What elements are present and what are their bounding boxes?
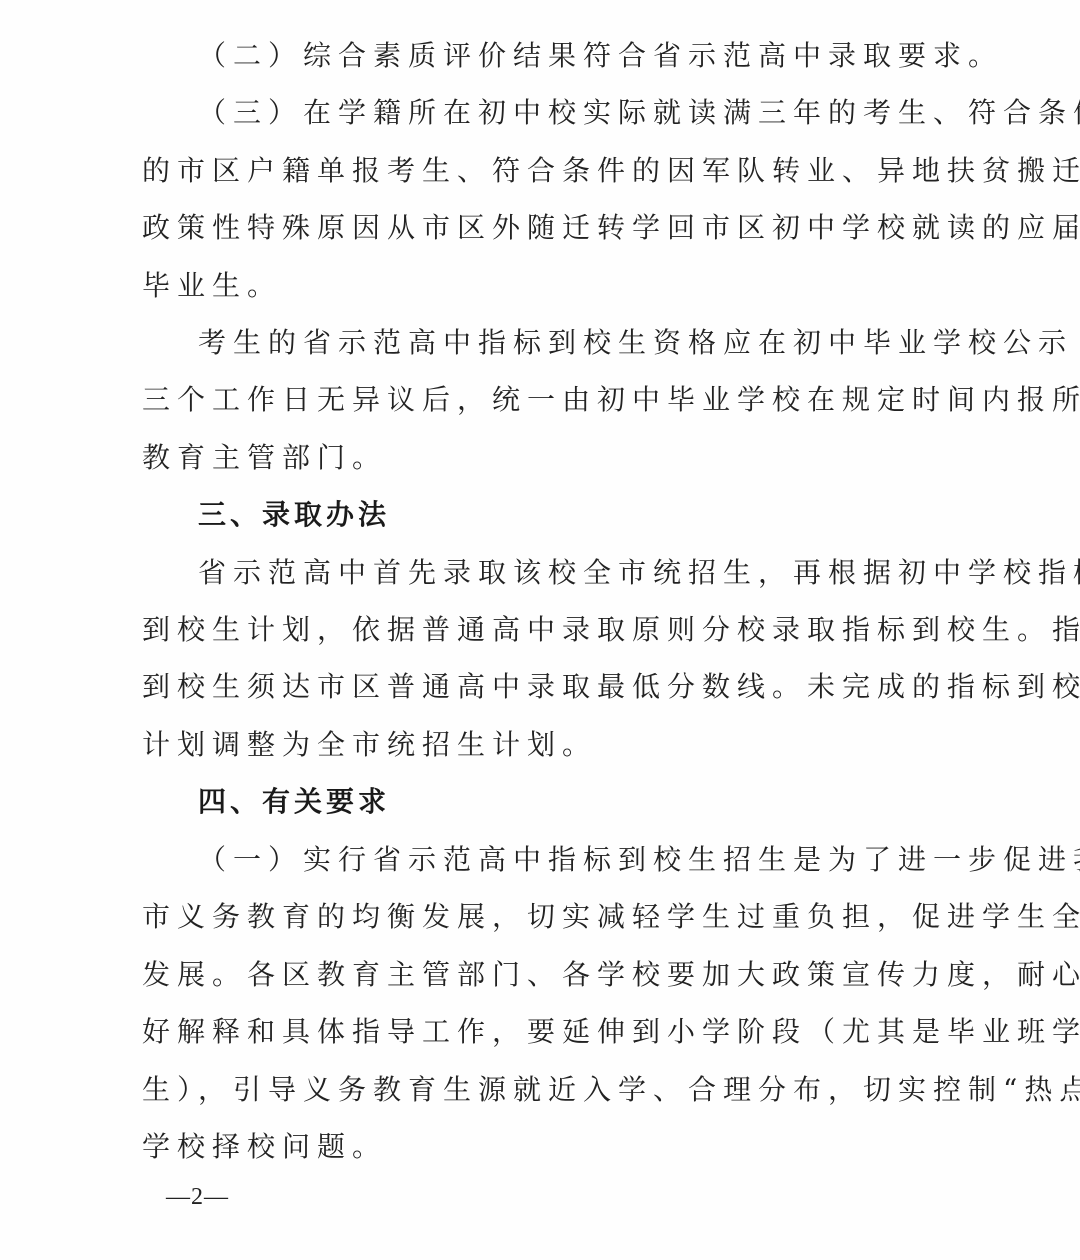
- page-number: —2—: [166, 1184, 229, 1211]
- text-line: 的市区户籍单报考生、符合条件的因军队转业、异地扶贫搬迁等: [142, 151, 942, 191]
- text-line: 考生的省示范高中指标到校生资格应在初中毕业学校公示: [198, 323, 998, 363]
- text-line: 计划调整为全市统招生计划。: [142, 725, 942, 765]
- text-line: （三）在学籍所在初中校实际就读满三年的考生、符合条件: [198, 93, 998, 133]
- text-line: 政策性特殊原因从市区外随迁转学回市区初中学校就读的应届: [142, 208, 942, 248]
- text-line: 省示范高中首先录取该校全市统招生，再根据初中学校指标: [198, 553, 998, 593]
- text-line: 发展。各区教育主管部门、各学校要加大政策宣传力度，耐心做: [142, 955, 942, 995]
- text-line: （一）实行省示范高中指标到校生招生是为了进一步促进我: [198, 840, 998, 880]
- text-line: 生），引导义务教育生源就近入学、合理分布，切实控制“热点”: [142, 1070, 942, 1110]
- text-line: 好解释和具体指导工作，要延伸到小学阶段（尤其是毕业班学: [142, 1012, 942, 1052]
- section-heading: 四、有关要求: [198, 782, 998, 822]
- text-line: 市义务教育的均衡发展，切实减轻学生过重负担，促进学生全面: [142, 897, 942, 937]
- text-line: 教育主管部门。: [142, 438, 942, 478]
- text-line: （二）综合素质评价结果符合省示范高中录取要求。: [198, 36, 998, 76]
- section-heading: 三、录取办法: [198, 495, 998, 535]
- document-page: （二）综合素质评价结果符合省示范高中录取要求。 （三）在学籍所在初中校实际就读满…: [0, 0, 1080, 1260]
- text-line: 到校生须达市区普通高中录取最低分数线。未完成的指标到校生: [142, 667, 942, 707]
- text-line: 学校择校问题。: [142, 1127, 942, 1167]
- text-line: 毕业生。: [142, 266, 942, 306]
- text-line: 三个工作日无异议后，统一由初中毕业学校在规定时间内报所属: [142, 380, 942, 420]
- text-line: 到校生计划，依据普通高中录取原则分校录取指标到校生。指标: [142, 610, 942, 650]
